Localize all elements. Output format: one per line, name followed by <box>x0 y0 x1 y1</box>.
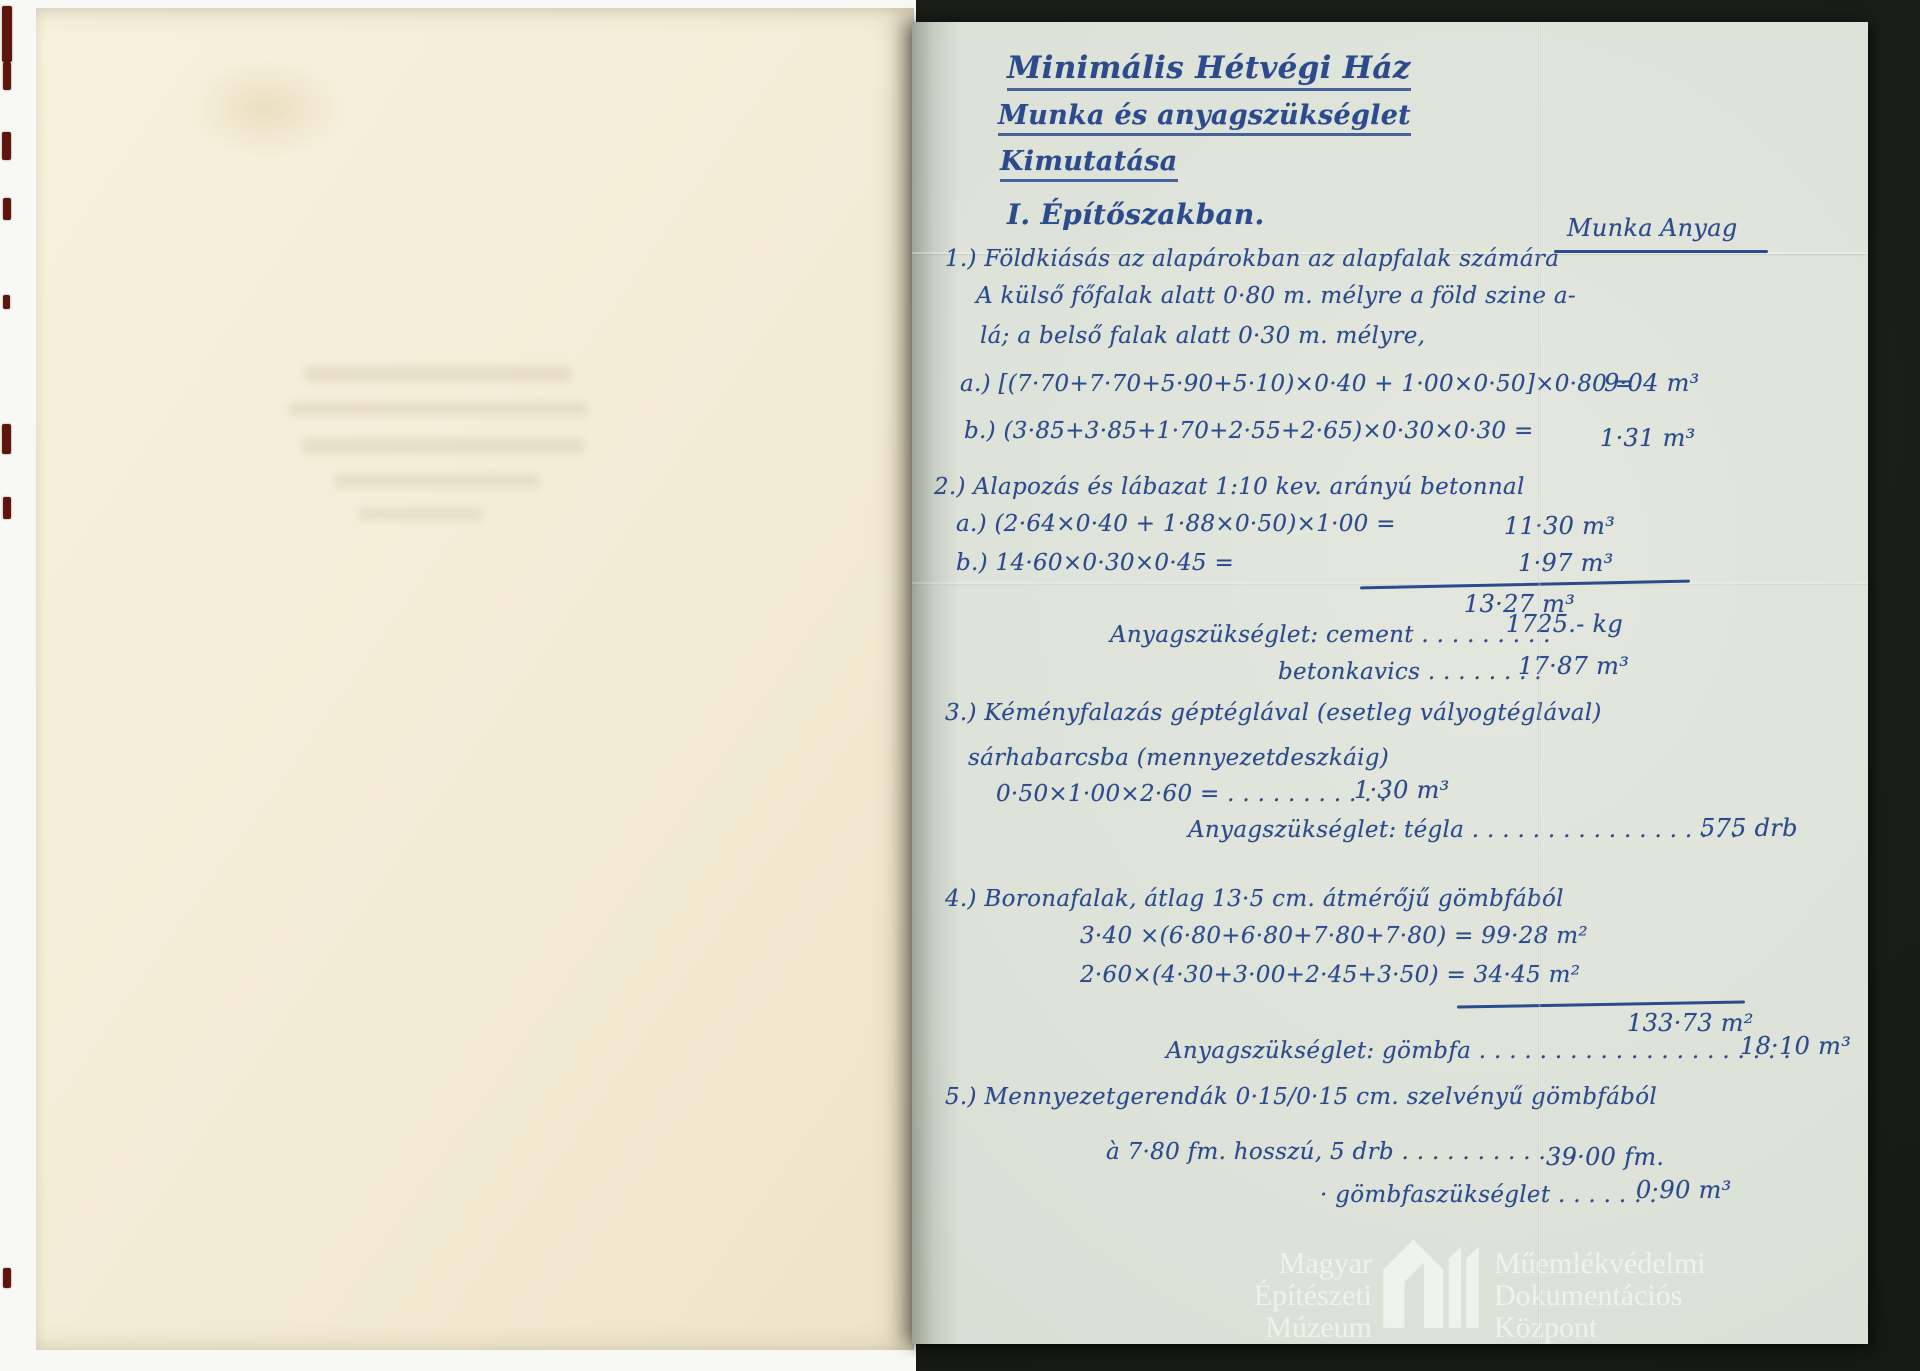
item4-material-roundwood-value: 18·10 m³ <box>1740 1032 1851 1060</box>
item5-line2: à 7·80 fm. hosszú, 5 drb . . . . . . . .… <box>1106 1139 1577 1165</box>
item1-line3: lá; a belső falak alatt 0·30 m. mélyre, <box>980 323 1425 349</box>
item3-value: 1·30 m³ <box>1354 776 1450 804</box>
item3-material-brick: Anyagszükséglet: tégla . . . . . . . . .… <box>1188 817 1738 843</box>
paper-stain <box>186 58 346 158</box>
item2-value-a: 11·30 m³ <box>1504 512 1615 540</box>
item2-material-gravel-value: 17·87 m³ <box>1518 652 1629 680</box>
item1-formula-b: b.) (3·85+3·85+1·70+2·55+2·65)×0·30×0·30… <box>964 418 1534 444</box>
red-edge-mark <box>3 295 10 309</box>
watermark-text: Múzeum <box>1160 1312 1372 1344</box>
show-through-text <box>302 438 584 454</box>
item5-line3: · gömbfaszükséglet . . . . . . . <box>1320 1182 1657 1208</box>
item2-material-cement: Anyagszükséglet: cement . . . . . . . . … <box>1110 622 1551 648</box>
right-notebook-page: Minimális Hétvégi Ház Munka és anyagszük… <box>912 22 1868 1344</box>
item1-line2: A külső főfalak alatt 0·80 m. mélyre a f… <box>976 283 1576 309</box>
left-blank-page <box>36 8 914 1350</box>
scanned-notebook-spread: Minimális Hétvégi Ház Munka és anyagszük… <box>0 0 1920 1371</box>
item5-value-length: 39·00 fm. <box>1546 1143 1664 1171</box>
document-title: Minimális Hétvégi Ház <box>1007 50 1411 91</box>
item2-value-b: 1·97 m³ <box>1518 549 1614 577</box>
red-edge-mark <box>3 497 11 519</box>
column-header-anyag: Anyag <box>1660 214 1738 242</box>
show-through-text <box>288 402 588 416</box>
red-edge-mark <box>3 198 11 220</box>
item4-heading: 4.) Boronafalak, átlag 13·5 cm. átmérőjű… <box>945 886 1564 912</box>
watermark-text: Magyar <box>1160 1248 1372 1280</box>
sum-rule <box>1457 1000 1745 1008</box>
document-subtitle: Munka és anyagszükséglet <box>998 100 1411 136</box>
column-header-underline <box>1554 250 1768 253</box>
item1-value-b: 1·31 m³ <box>1600 424 1696 452</box>
watermark-text: Központ <box>1494 1312 1706 1344</box>
watermark-text: Dokumentációs <box>1494 1280 1706 1312</box>
red-edge-mark <box>3 1268 11 1288</box>
item2-material-gravel: betonkavics . . . . . . . . <box>1278 659 1542 685</box>
item2-formula-b: b.) 14·60×0·30×0·45 = <box>956 550 1234 576</box>
document-subtitle-2: Kimutatása <box>1000 146 1178 182</box>
item3-line2: sárhabarcsba (mennyezetdeszkáig) <box>968 745 1389 771</box>
item1-value-a: 9·04 m³ <box>1604 369 1700 397</box>
museum-house-logo-icon <box>1378 1228 1484 1334</box>
red-edge-mark <box>3 62 11 90</box>
item5-value-volume: 0·90 m³ <box>1636 1176 1732 1204</box>
show-through-text <box>304 366 572 382</box>
item2-heading: 2.) Alapozás és lábazat 1:10 kev. arányú… <box>934 474 1525 500</box>
item4-formula-2: 2·60×(4·30+3·00+2·45+3·50) = 34·45 m² <box>1080 962 1580 988</box>
item4-material-roundwood: Anyagszükséglet: gömbfa . . . . . . . . … <box>1166 1038 1791 1064</box>
paper-crease <box>912 582 1868 584</box>
watermark-text: Műemlékvédelmi <box>1494 1248 1706 1280</box>
red-edge-mark <box>2 132 11 160</box>
item1-formula-a: a.) [(7·70+7·70+5·90+5·10)×0·40 + 1·00×0… <box>960 371 1634 397</box>
item3-formula: 0·50×1·00×2·60 = . . . . . . . . . . . <box>996 781 1387 807</box>
item3-material-brick-value: 575 drb <box>1700 814 1798 842</box>
watermark-left-block: Magyar Építészeti Múzeum <box>1160 1248 1372 1344</box>
item4-formula-1: 3·40 ×(6·80+6·80+7·80+7·80) = 99·28 m² <box>1080 923 1588 949</box>
item2-formula-a: a.) (2·64×0·40 + 1·88×0·50)×1·00 = <box>956 511 1396 537</box>
item1-line1: 1.) Földkiásás az alapárokban az alapfal… <box>945 246 1559 272</box>
item3-heading: 3.) Kéményfalazás géptéglával (esetleg v… <box>945 700 1602 726</box>
column-header-munka: Munka <box>1567 214 1653 242</box>
item5-heading: 5.) Mennyezetgerendák 0·15/0·15 cm. szel… <box>945 1084 1657 1110</box>
red-edge-mark <box>2 6 12 62</box>
show-through-text <box>358 508 484 520</box>
watermark-text: Építészeti <box>1160 1280 1372 1312</box>
item2-material-cement-value: 1725.- kg <box>1506 610 1623 638</box>
section-heading: I. Építőszakban. <box>1007 198 1265 231</box>
watermark-right-block: Műemlékvédelmi Dokumentációs Központ <box>1494 1248 1706 1344</box>
red-edge-mark <box>2 424 11 454</box>
show-through-text <box>334 474 540 488</box>
item4-sum: 133·73 m² <box>1627 1009 1754 1037</box>
